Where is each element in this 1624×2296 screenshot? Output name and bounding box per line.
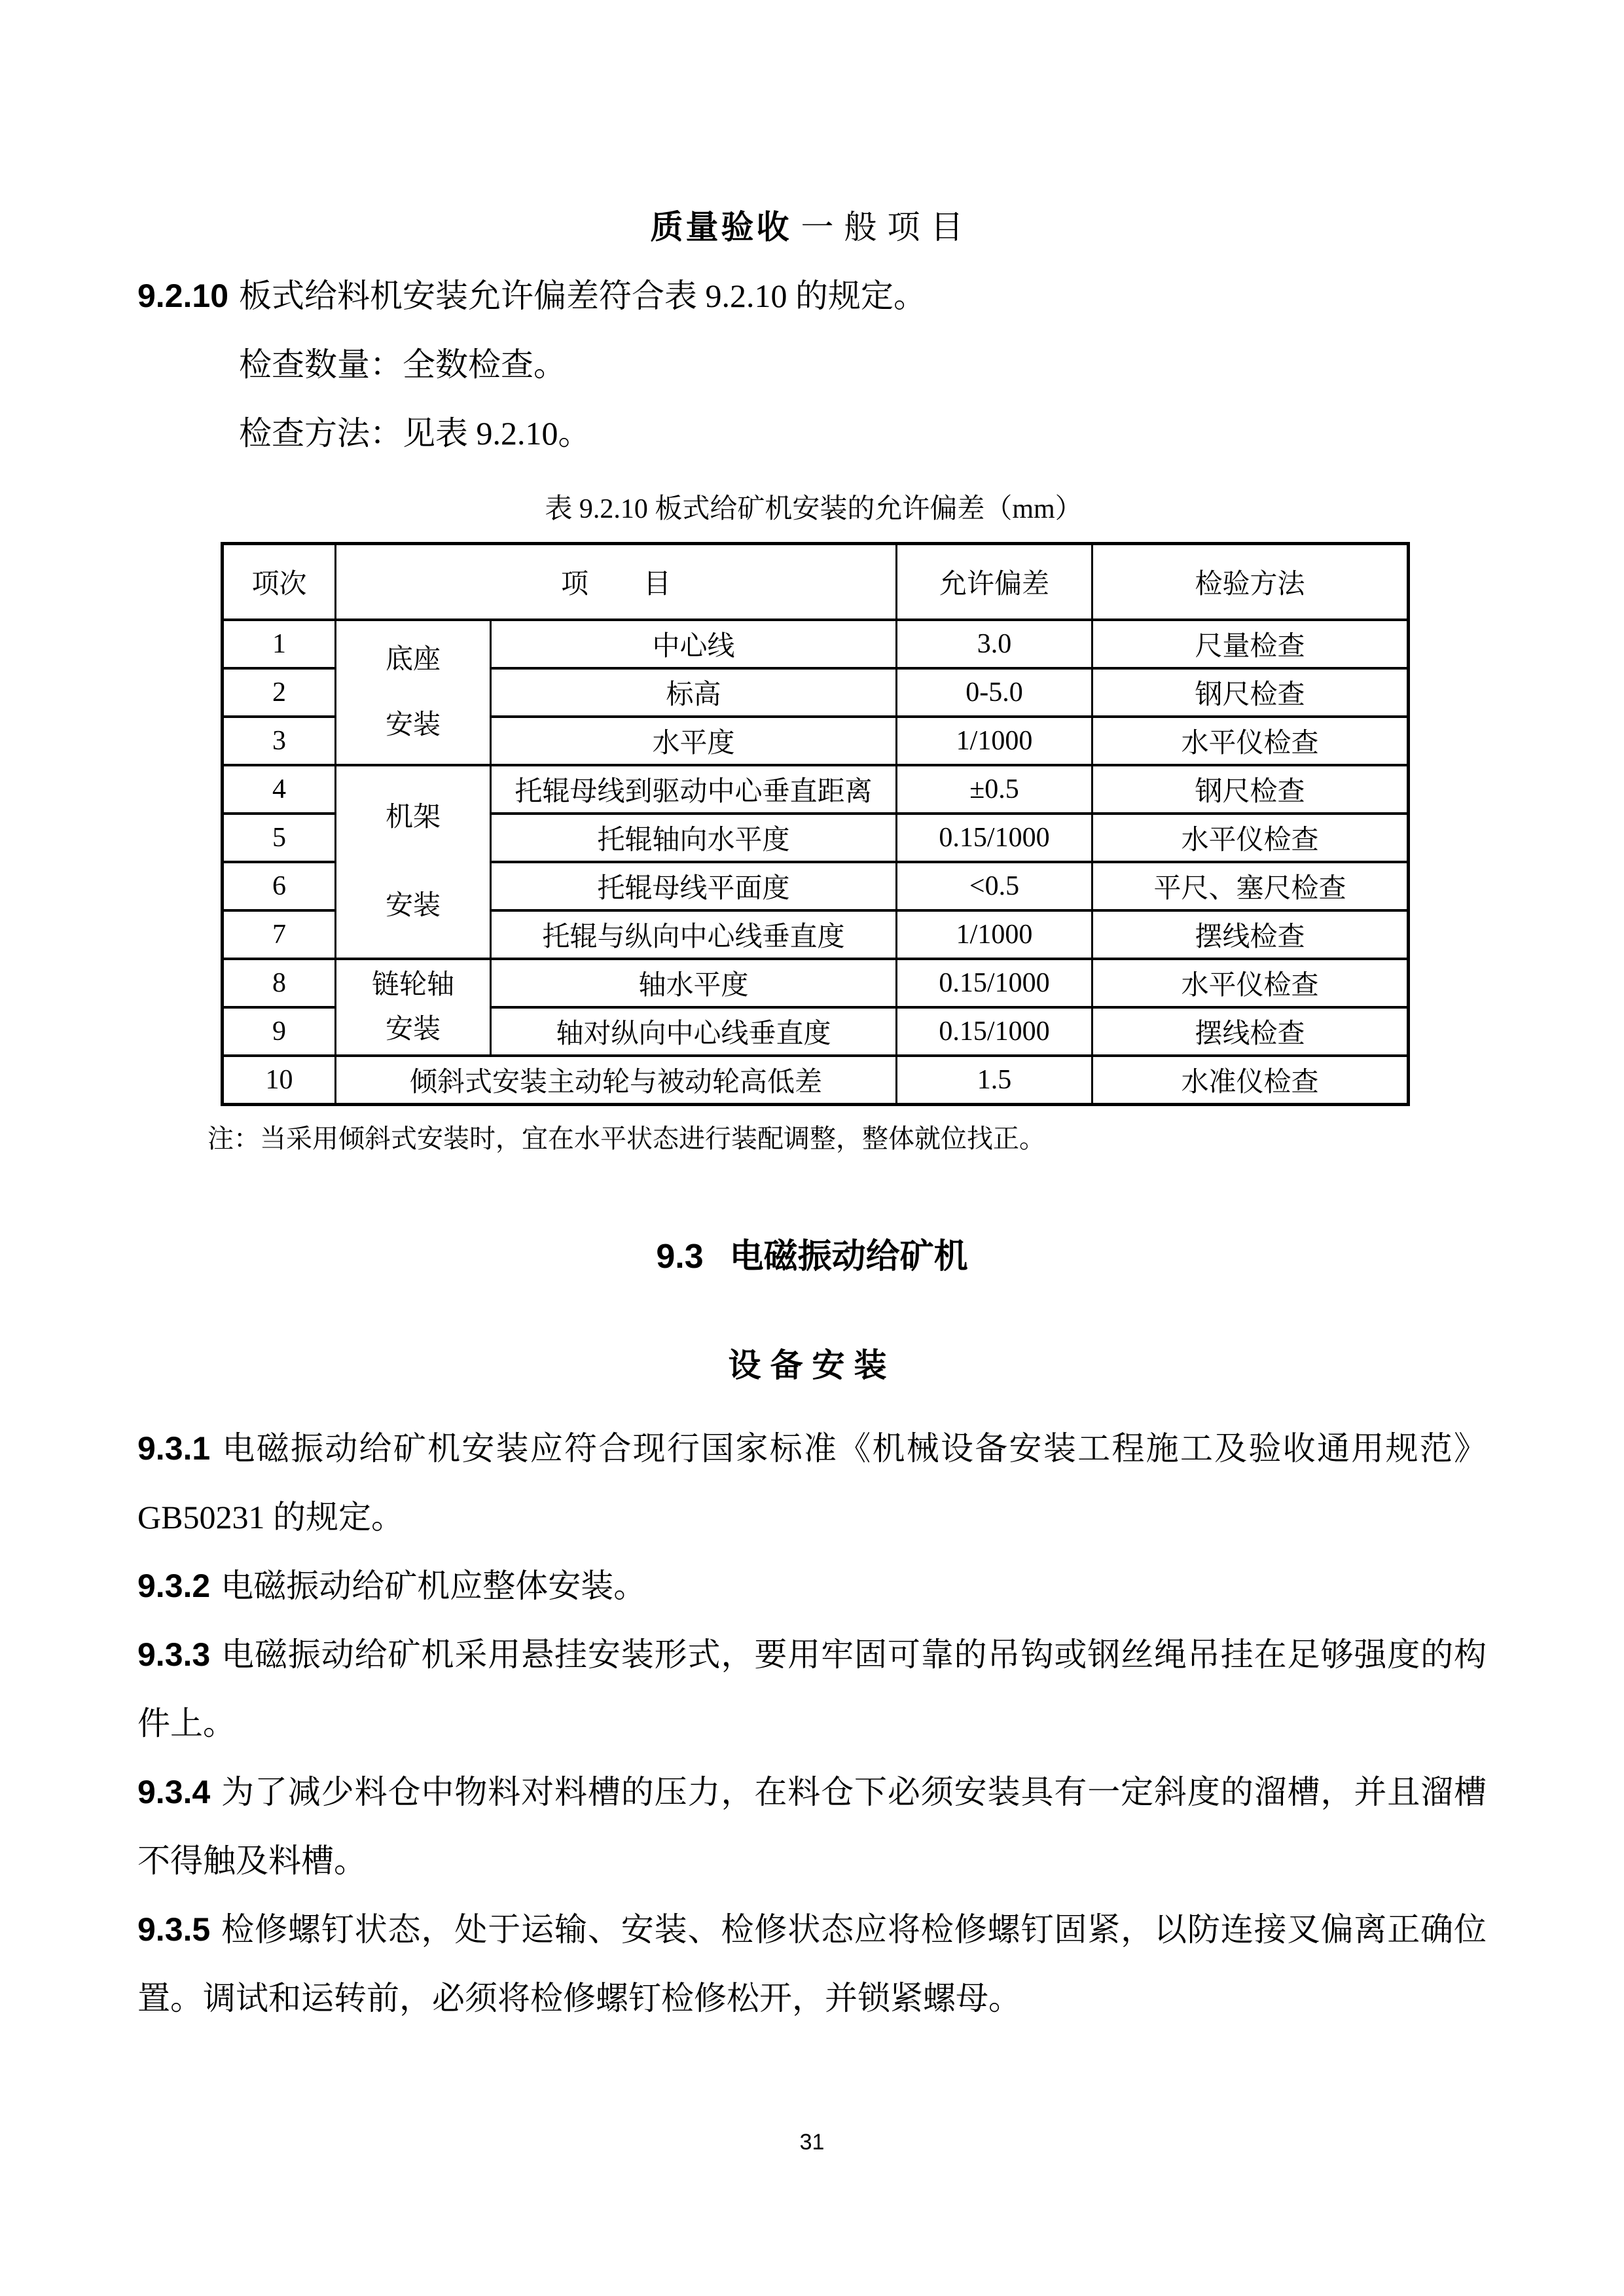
cell-method: 水平仪检查 <box>1092 959 1409 1007</box>
page-title: 质量验收一般项目 <box>137 193 1487 262</box>
cell-no: 7 <box>223 910 336 959</box>
clause-9-3-2: 9.3.2电磁振动给矿机应整体安装。 <box>137 1552 1487 1621</box>
clause-text: 检修螺钉状态，处于运输、安装、检修状态应将检修螺钉固紧，以防连接叉偏离正确位置。… <box>137 1911 1487 2017</box>
table-row: 10 倾斜式安装主动轮与被动轮高低差 1.5 水准仪检查 <box>223 1056 1409 1105</box>
table-row: 4 机架 安装 托辊母线到驱动中心垂直距离 ±0.5 钢尺检查 <box>223 765 1409 814</box>
cell-deviation: 0.15/1000 <box>897 1007 1092 1056</box>
cell-deviation: 0.15/1000 <box>897 814 1092 862</box>
check-quantity-line: 检查数量：全数检查。 <box>137 331 1487 399</box>
cell-item: 轴对纵向中心线垂直度 <box>491 1007 897 1056</box>
cell-no: 1 <box>223 620 336 668</box>
clause-text: 电磁振动给矿机应整体安装。 <box>221 1568 646 1604</box>
clause-number: 9.3.5 <box>137 1911 221 1948</box>
clause-9-3-5: 9.3.5检修螺钉状态，处于运输、安装、检修状态应将检修螺钉固紧，以防连接叉偏离… <box>137 1895 1487 2033</box>
table-header-row: 项次 项 目 允许偏差 检验方法 <box>223 544 1409 620</box>
page-title-normal: 一般项目 <box>792 209 974 245</box>
cell-method: 摆线检查 <box>1092 910 1409 959</box>
cell-no: 6 <box>223 862 336 910</box>
cell-deviation: 1/1000 <box>897 910 1092 959</box>
cell-deviation: 0.15/1000 <box>897 959 1092 1007</box>
cell-no: 2 <box>223 668 336 717</box>
subheading-equipment-install: 设备安装 <box>137 1342 1487 1388</box>
clause-text: 为了减少料仓中物料对料槽的压力，在料仓下必须安装具有一定斜度的溜槽，并且溜槽不得… <box>137 1774 1487 1879</box>
clause-9-3-1: 9.3.1电磁振动给矿机安装应符合现行国家标准《机械设备安装工程施工及验收通用规… <box>137 1414 1487 1552</box>
clause-9-3-4: 9.3.4为了减少料仓中物料对料槽的压力，在料仓下必须安装具有一定斜度的溜槽，并… <box>137 1758 1487 1895</box>
section-number: 9.3 <box>656 1238 729 1276</box>
clause-number: 9.3.1 <box>137 1430 221 1467</box>
cell-item: 轴水平度 <box>491 959 897 1007</box>
header-index: 项次 <box>223 544 336 620</box>
cell-item: 中心线 <box>491 620 897 668</box>
cell-no: 4 <box>223 765 336 814</box>
cell-no: 3 <box>223 717 336 765</box>
cell-item: 水平度 <box>491 717 897 765</box>
section-9-3-heading: 9.3电磁振动给矿机 <box>137 1234 1487 1280</box>
header-method: 检验方法 <box>1092 544 1409 620</box>
cell-item: 托辊轴向水平度 <box>491 814 897 862</box>
cell-deviation: 0-5.0 <box>897 668 1092 717</box>
cell-method: 水准仪检查 <box>1092 1056 1409 1105</box>
cell-deviation: <0.5 <box>897 862 1092 910</box>
cell-deviation: 3.0 <box>897 620 1092 668</box>
cell-deviation: ±0.5 <box>897 765 1092 814</box>
clause-text: 电磁振动给矿机采用悬挂安装形式，要用牢固可靠的吊钩或钢丝绳吊挂在足够强度的构件上… <box>137 1636 1487 1742</box>
check-method-line: 检查方法：见表 9.2.10。 <box>137 399 1487 468</box>
clause-list: 9.3.1电磁振动给矿机安装应符合现行国家标准《机械设备安装工程施工及验收通用规… <box>137 1414 1487 2033</box>
table-note: 注：当采用倾斜式安装时，宜在水平状态进行装配调整，整体就位找正。 <box>208 1119 1487 1158</box>
cell-group-frame: 机架 安装 <box>336 765 491 959</box>
clause-9-3-3: 9.3.3电磁振动给矿机采用悬挂安装形式，要用牢固可靠的吊钩或钢丝绳吊挂在足够强… <box>137 1621 1487 1758</box>
cell-item: 托辊与纵向中心线垂直度 <box>491 910 897 959</box>
table-row: 8 链轮轴 安装 轴水平度 0.15/1000 水平仪检查 <box>223 959 1409 1007</box>
cell-deviation: 1.5 <box>897 1056 1092 1105</box>
cell-group-sprocket: 链轮轴 安装 <box>336 959 491 1056</box>
cell-no: 10 <box>223 1056 336 1105</box>
page-content: 质量验收一般项目 9.2.10板式给料机安装允许偏差符合表 9.2.10 的规定… <box>0 0 1624 2033</box>
cell-method: 钢尺检查 <box>1092 668 1409 717</box>
tolerance-table: 项次 项 目 允许偏差 检验方法 1 底座 安装 中心线 3.0 尺量检查 2 … <box>221 542 1410 1106</box>
table-caption: 表 9.2.10 板式给矿机安装的允许偏差（mm） <box>221 486 1407 532</box>
cell-no: 8 <box>223 959 336 1007</box>
cell-item: 倾斜式安装主动轮与被动轮高低差 <box>336 1056 897 1105</box>
page-number: 31 <box>0 2130 1624 2155</box>
cell-group-base: 底座 安装 <box>336 620 491 765</box>
document-page: 质量验收一般项目 9.2.10板式给料机安装允许偏差符合表 9.2.10 的规定… <box>0 0 1624 2296</box>
cell-method: 摆线检查 <box>1092 1007 1409 1056</box>
section-title: 电磁振动给矿机 <box>730 1238 968 1276</box>
clause-number: 9.3.3 <box>137 1636 221 1673</box>
header-item: 项 目 <box>336 544 897 620</box>
clause-number: 9.2.10 <box>137 278 239 314</box>
table-row: 1 底座 安装 中心线 3.0 尺量检查 <box>223 620 1409 668</box>
clause-number: 9.3.2 <box>137 1568 221 1604</box>
cell-item: 托辊母线平面度 <box>491 862 897 910</box>
cell-no: 5 <box>223 814 336 862</box>
clause-9-2-10: 9.2.10板式给料机安装允许偏差符合表 9.2.10 的规定。 <box>137 262 1487 331</box>
cell-method: 钢尺检查 <box>1092 765 1409 814</box>
cell-deviation: 1/1000 <box>897 717 1092 765</box>
cell-no: 9 <box>223 1007 336 1056</box>
cell-method: 水平仪检查 <box>1092 717 1409 765</box>
cell-method: 水平仪检查 <box>1092 814 1409 862</box>
cell-method: 尺量检查 <box>1092 620 1409 668</box>
cell-item: 托辊母线到驱动中心垂直距离 <box>491 765 897 814</box>
cell-method: 平尺、塞尺检查 <box>1092 862 1409 910</box>
clause-text: 电磁振动给矿机安装应符合现行国家标准《机械设备安装工程施工及验收通用规范》GB5… <box>137 1430 1487 1535</box>
clause-number: 9.3.4 <box>137 1774 221 1810</box>
cell-item: 标高 <box>491 668 897 717</box>
clause-text: 板式给料机安装允许偏差符合表 9.2.10 的规定。 <box>239 278 926 314</box>
header-deviation: 允许偏差 <box>897 544 1092 620</box>
page-title-bold: 质量验收 <box>651 209 792 245</box>
